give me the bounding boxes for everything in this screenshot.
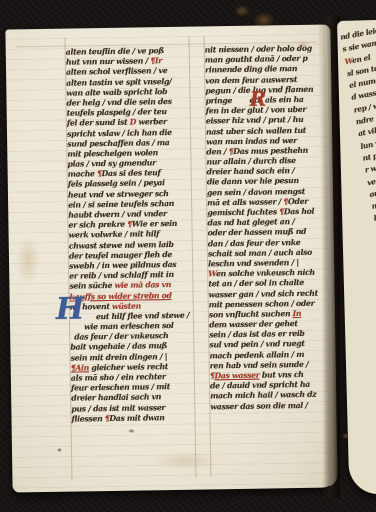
text-line: wasser das son die mal / — [210, 400, 337, 412]
facing-page-edge: nd die leids sie wanWen elsl son tedel n… — [337, 20, 376, 495]
gutter-shadow — [322, 16, 340, 498]
text-line: fliessen ¶Das mit dwan — [71, 412, 198, 424]
rubricated-initial-r: R — [249, 88, 266, 108]
book-photo-background: alten teuflin die / ve poßhut vnn nur wi… — [0, 0, 376, 512]
illuminated-initial-h: H — [56, 294, 85, 324]
left-text-column: alten teuflin die / ve poßhut vnn nur wi… — [66, 46, 199, 425]
facing-page-text: nd die leids sie wanWen elsl son tedel n… — [339, 20, 376, 431]
manuscript-page: alten teuflin die / ve poßhut vnn nur wi… — [5, 24, 337, 492]
stain — [234, 5, 250, 17]
right-text-column: nit niessen / oder holo dogman goutht da… — [205, 43, 338, 412]
